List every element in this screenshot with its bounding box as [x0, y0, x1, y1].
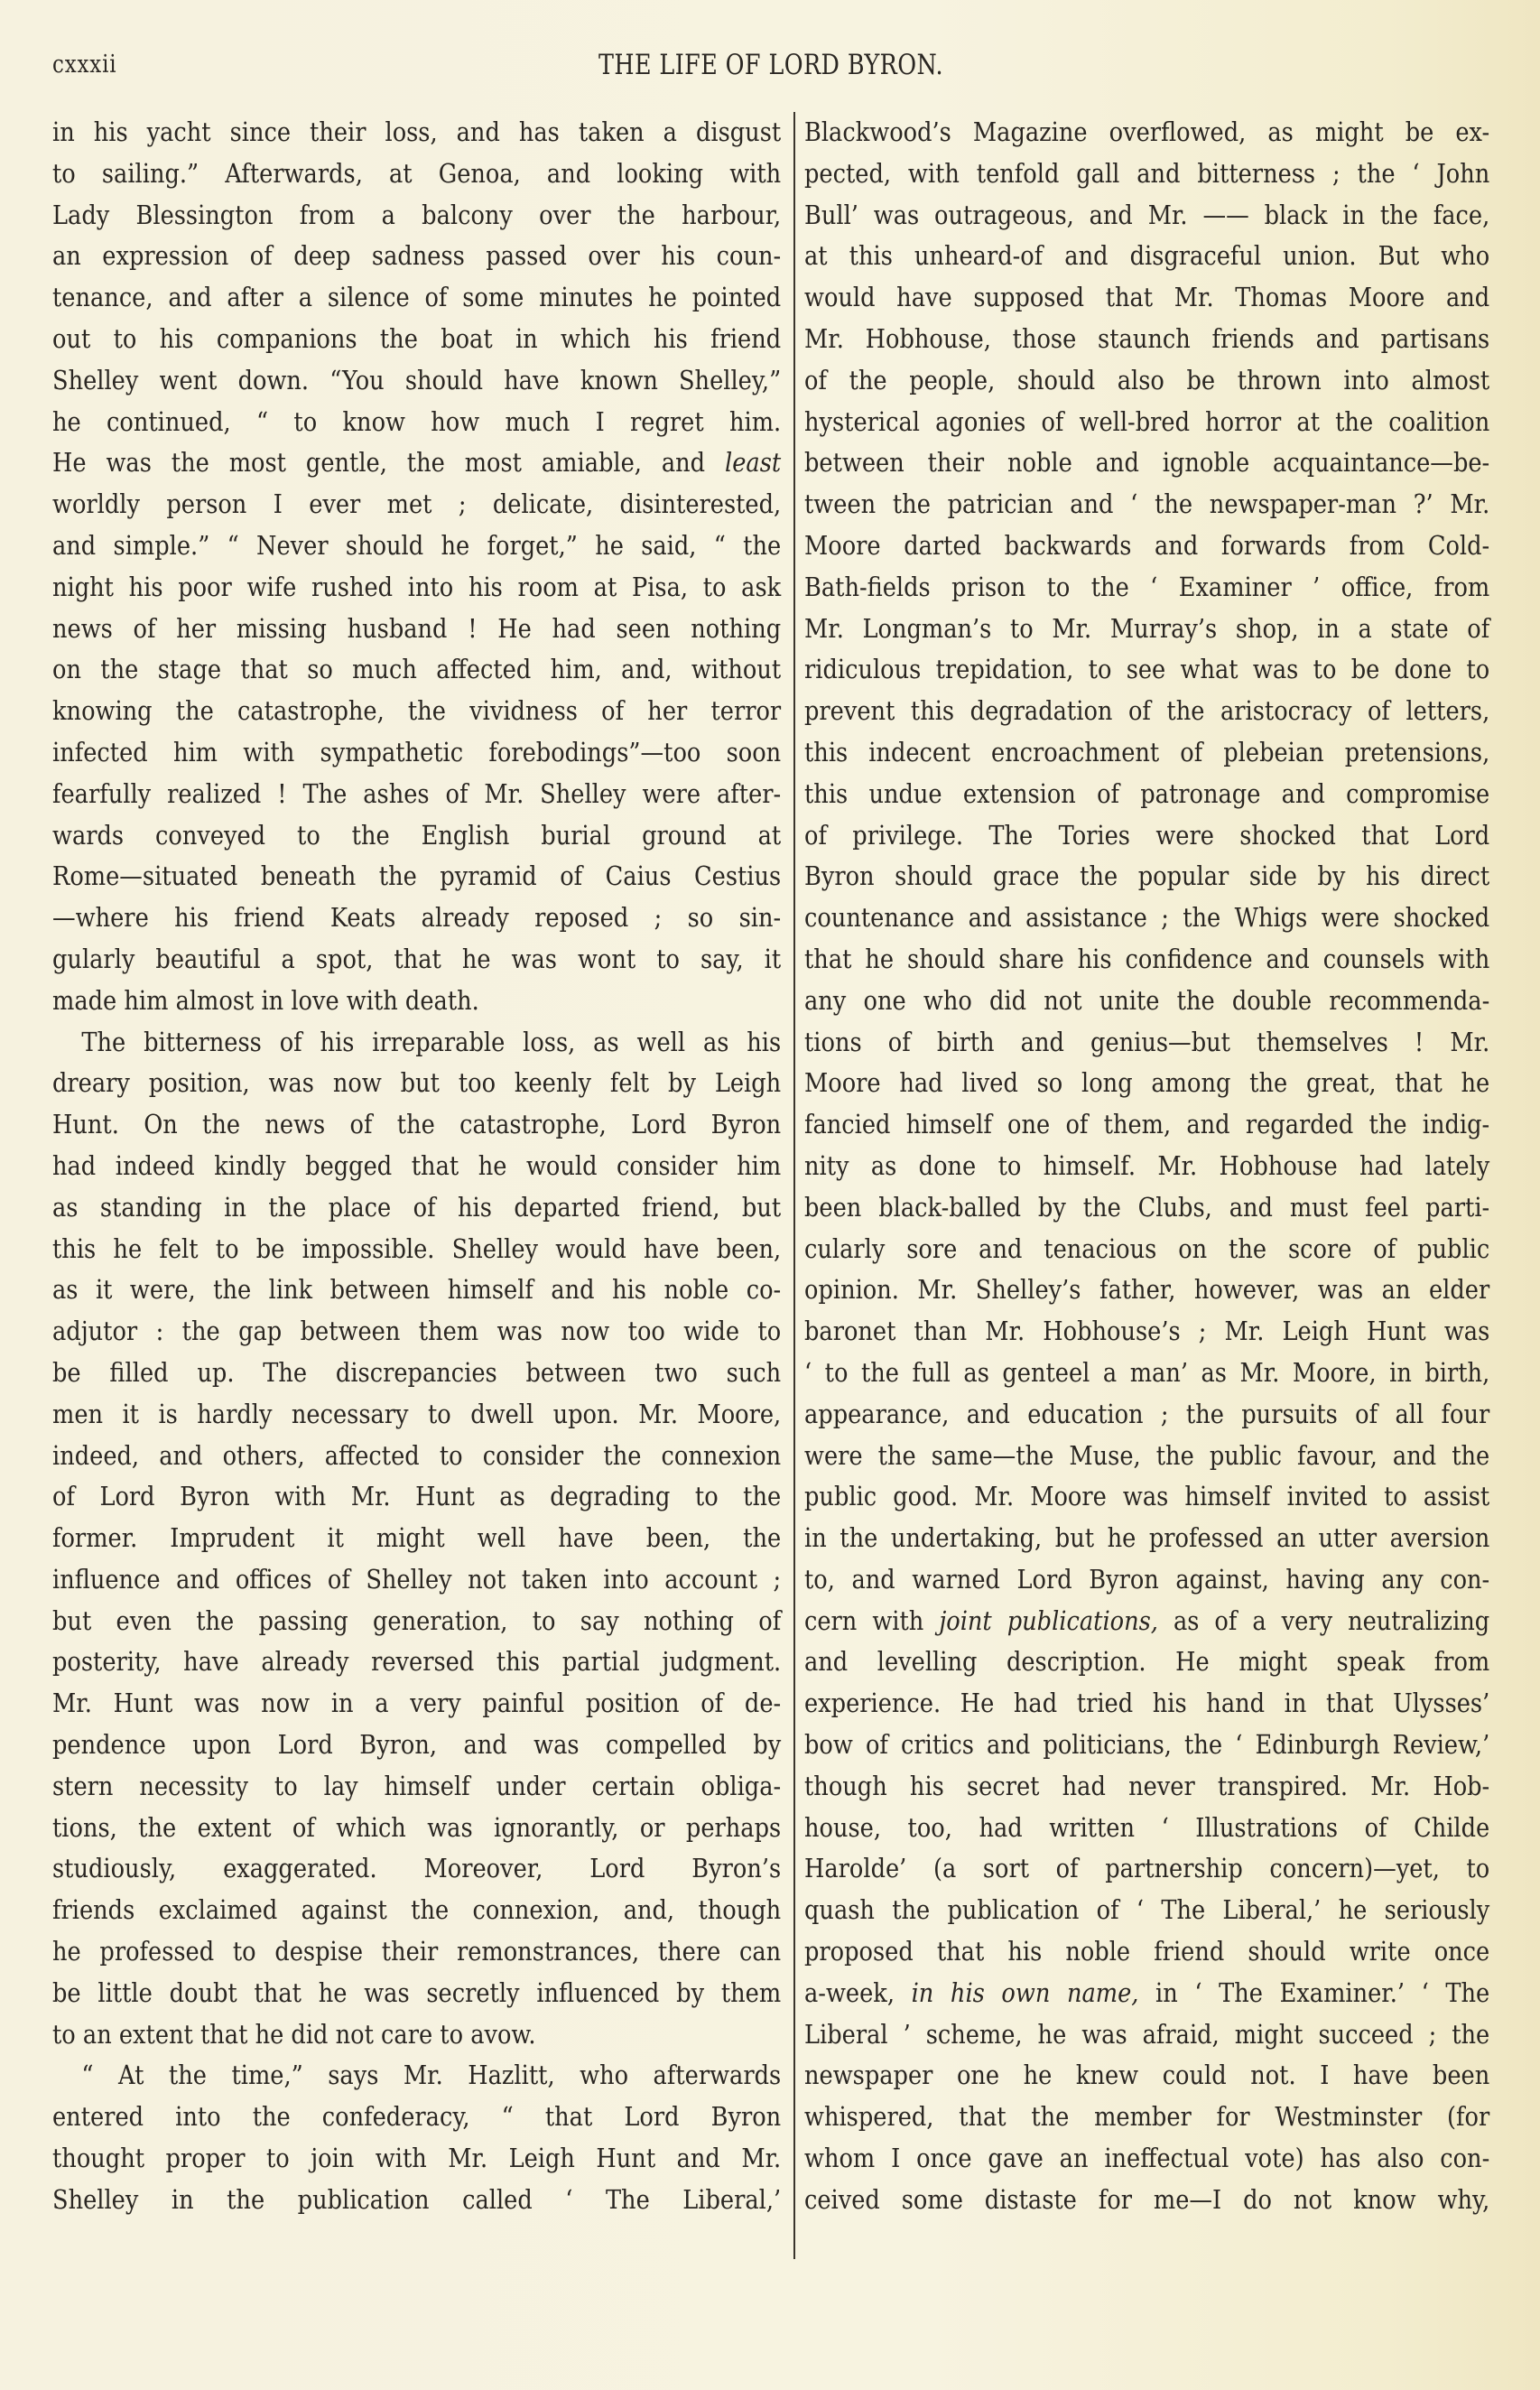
text-line: “ At the time,” says Mr. Hazlitt, who af…: [52, 2055, 781, 2097]
line-text: tions of birth and genius—but themselves…: [804, 1028, 1489, 1057]
text-line: at this unheard-of and disgraceful union…: [804, 236, 1489, 277]
text-line: proposed that his noble friend should wr…: [804, 1931, 1489, 1973]
line-text: indeed, and others, affected to consider…: [52, 1441, 781, 1471]
line-text: prevent this degradation of the aristocr…: [804, 696, 1489, 726]
line-text: as standing in the place of his departed…: [52, 1193, 781, 1223]
line-text: former. Imprudent it might well have bee…: [52, 1523, 781, 1553]
text-line: this he felt to be impossible. Shelley w…: [52, 1229, 781, 1270]
text-line: —where his friend Keats already reposed …: [52, 897, 781, 939]
text-line: Blackwood’s Magazine overflowed, as migh…: [804, 112, 1489, 153]
line-text: in his yacht since their loss, and has t…: [52, 117, 781, 147]
text-line: Rome—situated beneath the pyramid of Cai…: [52, 856, 781, 897]
line-text: nity as done to himself. Mr. Hobhouse ha…: [804, 1151, 1489, 1181]
line-text: on the stage that so much affected him, …: [52, 655, 781, 684]
line-text: —where his friend Keats already reposed …: [52, 903, 781, 933]
text-line: bow of critics and politicians, the ‘ Ed…: [804, 1725, 1489, 1766]
text-line: news of her missing husband ! He had see…: [52, 609, 781, 650]
text-line: ‘ to the full as genteel a man’ as Mr. M…: [804, 1353, 1489, 1394]
line-text: Harolde’ (a sort of partnership concern)…: [804, 1854, 1489, 1883]
text-line: nity as done to himself. Mr. Hobhouse ha…: [804, 1146, 1489, 1187]
line-text: He was the most gentle, the most amiable…: [52, 448, 705, 478]
line-text: to an extent that he did not care to avo…: [52, 2020, 535, 2050]
text-line: Shelley went down. “You should have know…: [52, 360, 781, 402]
text-line: wards conveyed to the English burial gro…: [52, 815, 781, 857]
text-line: tions of birth and genius—but themselves…: [804, 1022, 1489, 1064]
line-text: knowing the catastrophe, the vividness o…: [52, 696, 781, 726]
text-line: out to his companions the boat in which …: [52, 319, 781, 360]
book-page: cxxxii THE LIFE OF LORD BYRON. in his ya…: [0, 0, 1540, 2390]
right-column: Blackwood’s Magazine overflowed, as migh…: [804, 112, 1490, 2221]
line-text: of privilege. The Tories were shocked th…: [804, 821, 1489, 851]
text-line: ridiculous trepidation, to see what was …: [804, 649, 1489, 691]
text-line: between their noble and ignoble acquaint…: [804, 442, 1489, 484]
italic-emphasis: in his own name,: [912, 1978, 1139, 2008]
line-text: a-week,: [804, 1978, 895, 2008]
line-text: fearfully realized ! The ashes of Mr. Sh…: [52, 779, 781, 809]
line-text: though his secret had never transpired. …: [804, 1772, 1489, 1801]
text-line: Mr. Hobhouse, those staunch friends and …: [804, 319, 1489, 360]
line-text: Hunt. On the news of the catastrophe, Lo…: [52, 1110, 781, 1139]
line-text: Mr. Longman’s to Mr. Murray’s shop, in a…: [804, 614, 1489, 644]
line-text: pendence upon Lord Byron, and was compel…: [52, 1730, 781, 1760]
text-line: Bath-fields prison to the ‘ Examiner ’ o…: [804, 567, 1489, 609]
line-text: Liberal ’ scheme, he was afraid, might s…: [804, 2020, 1489, 2050]
text-line: been black-balled by the Clubs, and must…: [804, 1187, 1489, 1229]
line-text: entered into the confederacy, “ that Lor…: [52, 2102, 781, 2132]
line-text: countenance and assistance ; the Whigs w…: [804, 903, 1489, 933]
line-text: be filled up. The discrepancies between …: [52, 1358, 781, 1388]
line-text: been black-balled by the Clubs, and must…: [804, 1193, 1489, 1223]
line-text: he continued, “ to know how much I regre…: [52, 407, 781, 437]
line-text: Bath-fields prison to the ‘ Examiner ’ o…: [804, 572, 1489, 602]
line-text: hysterical agonies of well-bred horror a…: [804, 407, 1489, 437]
line-text: Shelley went down. “You should have know…: [52, 366, 781, 395]
text-line: knowing the catastrophe, the vividness o…: [52, 691, 781, 732]
running-title: THE LIFE OF LORD BYRON.: [181, 49, 1359, 81]
line-text: of the people, should also be thrown int…: [804, 366, 1489, 395]
line-text: ridiculous trepidation, to see what was …: [804, 655, 1489, 684]
text-line: The bitterness of his irreparable loss, …: [52, 1022, 781, 1064]
line-text: public good. Mr. Moore was himself invit…: [804, 1482, 1489, 1511]
line-text: appearance, and education ; the pursuits…: [804, 1400, 1489, 1429]
line-text: infected him with sympathetic foreboding…: [52, 738, 781, 767]
line-text: tween the patrician and ‘ the newspaper-…: [804, 489, 1489, 519]
text-line: a-week, in his own name, in ‘ The Examin…: [804, 1973, 1489, 2014]
line-text: Lady Blessington from a balcony over the…: [52, 200, 781, 230]
line-text: to, and warned Lord Byron against, havin…: [804, 1565, 1489, 1595]
text-line: Moore had lived so long among the great,…: [804, 1063, 1489, 1104]
line-text: between their noble and ignoble acquaint…: [804, 448, 1489, 478]
line-text: be little doubt that he was secretly inf…: [52, 1978, 781, 2008]
italic-emphasis: joint publications,: [939, 1606, 1158, 1636]
line-text: posterity, have already reversed this pa…: [52, 1647, 781, 1677]
line-text: had indeed kindly begged that he would c…: [52, 1151, 781, 1181]
line-text: news of her missing husband ! He had see…: [52, 614, 781, 644]
text-line: Lady Blessington from a balcony over the…: [52, 195, 781, 237]
text-line: and levelling description. He might spea…: [804, 1641, 1489, 1683]
line-text: as it were, the link between himself and…: [52, 1275, 781, 1305]
text-line: he continued, “ to know how much I regre…: [52, 402, 781, 443]
text-line: were the same—the Muse, the public favou…: [804, 1436, 1489, 1477]
text-line: Liberal ’ scheme, he was afraid, might s…: [804, 2014, 1489, 2056]
running-head: cxxxii THE LIFE OF LORD BYRON.: [52, 47, 1489, 83]
line-text: were the same—the Muse, the public favou…: [804, 1441, 1489, 1471]
line-text: experience. He had tried his hand in tha…: [804, 1688, 1489, 1718]
column-divider-rule: [793, 112, 795, 2259]
text-line: cularly sore and tenacious on the score …: [804, 1229, 1489, 1270]
line-text-after: as of a very neutralizing: [1174, 1606, 1489, 1636]
text-line: indeed, and others, affected to consider…: [52, 1436, 781, 1477]
text-line: to, and warned Lord Byron against, havin…: [804, 1559, 1489, 1601]
line-text: influence and offices of Shelley not tak…: [52, 1565, 781, 1595]
line-text: any one who did not unite the double rec…: [804, 986, 1489, 1016]
text-line: house, too, had written ‘ Illustrations …: [804, 1808, 1489, 1849]
line-text: men it is hardly necessary to dwell upon…: [52, 1400, 781, 1429]
text-line: be little doubt that he was secretly inf…: [52, 1973, 781, 2014]
text-line: He was the most gentle, the most amiable…: [52, 442, 781, 484]
line-text: an expression of deep sadness passed ove…: [52, 241, 781, 271]
text-line: public good. Mr. Moore was himself invit…: [804, 1476, 1489, 1518]
line-text: studiously, exaggerated. Moreover, Lord …: [52, 1854, 781, 1883]
text-line: as standing in the place of his departed…: [52, 1187, 781, 1229]
line-text: and simple.” “ Never should he forget,” …: [52, 531, 781, 561]
text-line: and simple.” “ Never should he forget,” …: [52, 525, 781, 567]
text-line: fancied himself one of them, and regarde…: [804, 1104, 1489, 1146]
text-line: friends exclaimed against the connexion,…: [52, 1890, 781, 1931]
text-line: night his poor wife rushed into his room…: [52, 567, 781, 609]
text-line: appearance, and education ; the pursuits…: [804, 1394, 1489, 1436]
text-line: newspaper one he knew could not. I have …: [804, 2055, 1489, 2097]
line-text: that he should share his confidence and …: [804, 944, 1489, 974]
line-text: quash the publication of ‘ The Liberal,’…: [804, 1895, 1489, 1925]
line-text: Mr. Hunt was now in a very painful posit…: [52, 1688, 781, 1718]
text-line: of Lord Byron with Mr. Hunt as degrading…: [52, 1476, 781, 1518]
text-line: to an extent that he did not care to avo…: [52, 2014, 781, 2056]
text-line: Hunt. On the news of the catastrophe, Lo…: [52, 1104, 781, 1146]
text-line: tween the patrician and ‘ the newspaper-…: [804, 484, 1489, 525]
line-text: at this unheard-of and disgraceful union…: [804, 241, 1489, 271]
text-line: gularly beautiful a spot, that he was wo…: [52, 939, 781, 981]
text-line: Shelley in the publication called ‘ The …: [52, 2180, 781, 2221]
line-text: house, too, had written ‘ Illustrations …: [804, 1813, 1489, 1843]
line-text: gularly beautiful a spot, that he was wo…: [52, 944, 781, 974]
text-line: stern necessity to lay himself under cer…: [52, 1766, 781, 1808]
text-line: thought proper to join with Mr. Leigh Hu…: [52, 2138, 781, 2180]
line-text: made him almost in love with death.: [52, 986, 479, 1016]
text-line: though his secret had never transpired. …: [804, 1766, 1489, 1808]
text-line: Mr. Hunt was now in a very painful posit…: [52, 1683, 781, 1725]
text-line: fearfully realized ! The ashes of Mr. Sh…: [52, 774, 781, 815]
line-text: ceived some distaste for me—I do not kno…: [804, 2185, 1489, 2215]
text-line: tenance, and after a silence of some min…: [52, 277, 781, 319]
line-text: fancied himself one of them, and regarde…: [804, 1110, 1489, 1139]
line-text: “ At the time,” says Mr. Hazlitt, who af…: [81, 2060, 781, 2090]
text-line: of privilege. The Tories were shocked th…: [804, 815, 1489, 857]
text-line: whispered, that the member for Westminst…: [804, 2097, 1489, 2138]
text-line: to sailing.” Afterwards, at Genoa, and l…: [52, 153, 781, 195]
line-text: in the undertaking, but he professed an …: [804, 1523, 1489, 1553]
text-line: tions, the extent of which was ignorantl…: [52, 1808, 781, 1849]
line-text: thought proper to join with Mr. Leigh Hu…: [52, 2144, 781, 2173]
line-text: this he felt to be impossible. Shelley w…: [52, 1234, 781, 1264]
line-text: whispered, that the member for Westminst…: [804, 2102, 1489, 2132]
text-line: studiously, exaggerated. Moreover, Lord …: [52, 1848, 781, 1890]
text-line: of the people, should also be thrown int…: [804, 360, 1489, 402]
text-line: an expression of deep sadness passed ove…: [52, 236, 781, 277]
line-text: Bull’ was outrageous, and Mr. —— black i…: [804, 200, 1489, 230]
text-line: this undue extension of patronage and co…: [804, 774, 1489, 815]
text-line: quash the publication of ‘ The Liberal,’…: [804, 1890, 1489, 1931]
line-text: Moore darted backwards and forwards from…: [804, 531, 1489, 561]
line-text: Rome—situated beneath the pyramid of Cai…: [52, 861, 781, 891]
text-line: on the stage that so much affected him, …: [52, 649, 781, 691]
text-line: that he should share his confidence and …: [804, 939, 1489, 981]
line-text: newspaper one he knew could not. I have …: [804, 2060, 1489, 2090]
text-line: influence and offices of Shelley not tak…: [52, 1559, 781, 1601]
text-line: Byron should grace the popular side by h…: [804, 856, 1489, 897]
italic-emphasis: least: [725, 448, 781, 478]
line-text: night his poor wife rushed into his room…: [52, 572, 781, 602]
line-text: ‘ to the full as genteel a man’ as Mr. M…: [804, 1358, 1489, 1388]
line-text-after: in ‘ The Examiner.’ ‘ The: [1155, 1978, 1489, 2008]
line-text: Blackwood’s Magazine overflowed, as migh…: [804, 117, 1489, 147]
line-text: friends exclaimed against the connexion,…: [52, 1895, 781, 1925]
text-line: had indeed kindly begged that he would c…: [52, 1146, 781, 1187]
text-line: men it is hardly necessary to dwell upon…: [52, 1394, 781, 1436]
line-text: The bitterness of his irreparable loss, …: [81, 1028, 781, 1057]
text-line: infected him with sympathetic foreboding…: [52, 732, 781, 774]
line-text: would have supposed that Mr. Thomas Moor…: [804, 283, 1489, 312]
text-line: whom I once gave an ineffectual vote) ha…: [804, 2138, 1489, 2180]
left-column: in his yacht since their loss, and has t…: [52, 112, 782, 2221]
line-text: cern with: [804, 1606, 923, 1636]
text-line: would have supposed that Mr. Thomas Moor…: [804, 277, 1489, 319]
text-line: Mr. Longman’s to Mr. Murray’s shop, in a…: [804, 609, 1489, 650]
text-line: made him almost in love with death.: [52, 981, 781, 1022]
text-line: as it were, the link between himself and…: [52, 1269, 781, 1311]
page-number: cxxxii: [52, 51, 116, 79]
text-line: hysterical agonies of well-bred horror a…: [804, 402, 1489, 443]
line-text: he professed to despise their remonstran…: [52, 1937, 781, 1967]
text-line: this indecent encroachment of plebeian p…: [804, 732, 1489, 774]
text-line: entered into the confederacy, “ that Lor…: [52, 2097, 781, 2138]
line-text: this indecent encroachment of plebeian p…: [804, 738, 1489, 767]
line-text: cularly sore and tenacious on the score …: [804, 1234, 1489, 1264]
line-text: tions, the extent of which was ignorantl…: [52, 1813, 781, 1843]
line-text: out to his companions the boat in which …: [52, 324, 781, 354]
text-line: baronet than Mr. Hobhouse’s ; Mr. Leigh …: [804, 1311, 1489, 1353]
text-line: prevent this degradation of the aristocr…: [804, 691, 1489, 732]
line-text: Moore had lived so long among the great,…: [804, 1068, 1489, 1098]
text-line: dreary position, was now but too keenly …: [52, 1063, 781, 1104]
line-text: wards conveyed to the English burial gro…: [52, 821, 781, 851]
line-text: pected, with tenfold gall and bitterness…: [804, 159, 1489, 189]
text-line: in the undertaking, but he professed an …: [804, 1518, 1489, 1559]
text-line: former. Imprudent it might well have bee…: [52, 1518, 781, 1559]
line-text: worldly person I ever met ; delicate, di…: [52, 489, 781, 519]
text-line: be filled up. The discrepancies between …: [52, 1353, 781, 1394]
text-line: Moore darted backwards and forwards from…: [804, 525, 1489, 567]
line-text: stern necessity to lay himself under cer…: [52, 1772, 781, 1801]
text-line: cern with joint publications, as of a ve…: [804, 1601, 1489, 1642]
text-line: but even the passing generation, to say …: [52, 1601, 781, 1642]
line-text: Mr. Hobhouse, those staunch friends and …: [804, 324, 1489, 354]
line-text: but even the passing generation, to say …: [52, 1606, 781, 1636]
line-text: bow of critics and politicians, the ‘ Ed…: [804, 1730, 1489, 1760]
line-text: baronet than Mr. Hobhouse’s ; Mr. Leigh …: [804, 1316, 1489, 1346]
line-text: Byron should grace the popular side by h…: [804, 861, 1489, 891]
text-line: ceived some distaste for me—I do not kno…: [804, 2180, 1489, 2221]
text-line: opinion. Mr. Shelley’s father, however, …: [804, 1269, 1489, 1311]
text-line: pendence upon Lord Byron, and was compel…: [52, 1725, 781, 1766]
text-line: he professed to despise their remonstran…: [52, 1931, 781, 1973]
line-text: of Lord Byron with Mr. Hunt as degrading…: [52, 1482, 781, 1511]
line-text: opinion. Mr. Shelley’s father, however, …: [804, 1275, 1489, 1305]
text-line: experience. He had tried his hand in tha…: [804, 1683, 1489, 1725]
text-line: adjutor : the gap between them was now t…: [52, 1311, 781, 1353]
text-line: worldly person I ever met ; delicate, di…: [52, 484, 781, 525]
text-line: Bull’ was outrageous, and Mr. —— black i…: [804, 195, 1489, 237]
line-text: whom I once gave an ineffectual vote) ha…: [804, 2144, 1489, 2173]
text-line: posterity, have already reversed this pa…: [52, 1641, 781, 1683]
line-text: dreary position, was now but too keenly …: [52, 1068, 781, 1098]
text-line: in his yacht since their loss, and has t…: [52, 112, 781, 153]
line-text: proposed that his noble friend should wr…: [804, 1937, 1489, 1967]
text-line: pected, with tenfold gall and bitterness…: [804, 153, 1489, 195]
text-line: any one who did not unite the double rec…: [804, 981, 1489, 1022]
line-text: Shelley in the publication called ‘ The …: [52, 2185, 781, 2215]
line-text: and levelling description. He might spea…: [804, 1647, 1489, 1677]
text-line: countenance and assistance ; the Whigs w…: [804, 897, 1489, 939]
line-text: to sailing.” Afterwards, at Genoa, and l…: [52, 159, 781, 189]
line-text: adjutor : the gap between them was now t…: [52, 1316, 781, 1346]
line-text: this undue extension of patronage and co…: [804, 779, 1489, 809]
text-line: Harolde’ (a sort of partnership concern)…: [804, 1848, 1489, 1890]
line-text: tenance, and after a silence of some min…: [52, 283, 781, 312]
